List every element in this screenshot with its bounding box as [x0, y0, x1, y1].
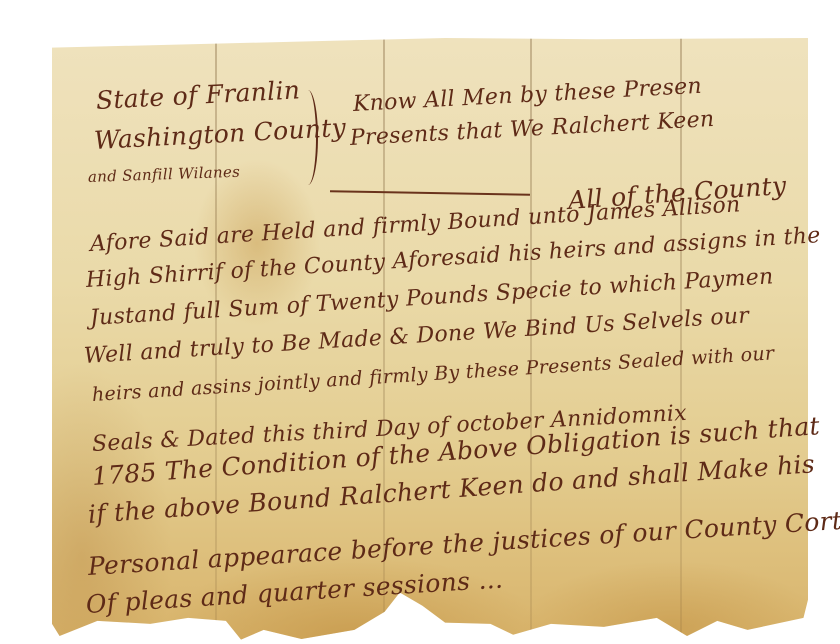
curly-brace: [298, 90, 318, 185]
document-stage: State of Franlin Washington County and S…: [0, 0, 840, 644]
